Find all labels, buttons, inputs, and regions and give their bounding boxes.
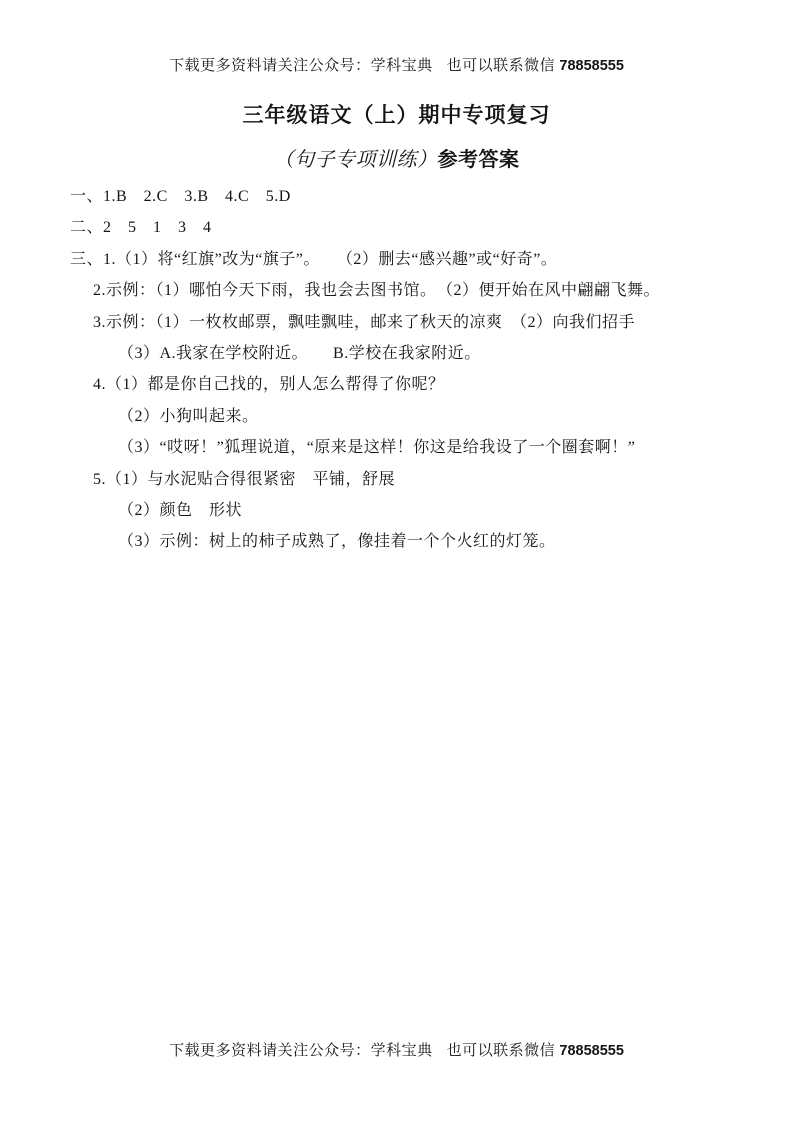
answer-line: 3.示例：（1）一枚枚邮票，飘哇飘哇，邮来了秋天的凉爽 （2）向我们招手 xyxy=(70,307,757,338)
answer-line: 一、1.B 2.C 3.B 4.C 5.D xyxy=(70,181,757,212)
page-footer-promo: 下载更多资料请关注公众号：学科宝典也可以联系微信 78858555 xyxy=(0,1039,793,1060)
subtitle-section-name: （句子专项训练） xyxy=(274,149,438,171)
answer-line: 4.（1）都是你自己找的，别人怎么帮得了你呢？ xyxy=(70,369,757,400)
subtitle-answer-label: 参考答案 xyxy=(438,149,520,171)
page-title: 三年级语文（上）期中专项复习 xyxy=(0,99,793,129)
answer-line: （3）A.我家在学校附近。 B.学校在我家附近。 xyxy=(70,338,757,369)
footer-wechat-number: 78858555 xyxy=(559,1043,624,1059)
answer-list: 一、1.B 2.C 3.B 4.C 5.D二、2 5 1 3 4三、1.（1）将… xyxy=(70,181,757,558)
header-contact-text: 也可以联系微信 xyxy=(447,58,556,74)
footer-contact-text: 也可以联系微信 xyxy=(447,1043,556,1059)
answer-line: （2）小狗叫起来。 xyxy=(70,401,757,432)
answer-line: （2）颜色 形状 xyxy=(70,495,757,526)
answer-line: 三、1.（1）将“红旗”改为“旗子”。 （2）删去“感兴趣”或“好奇”。 xyxy=(70,244,757,275)
answer-line: 5.（1）与水泥贴合得很紧密 平铺，舒展 xyxy=(70,464,757,495)
header-promo-text: 下载更多资料请关注公众号：学科宝典 xyxy=(169,58,433,74)
answer-line: （3）示例：树上的柿子成熟了，像挂着一个个火红的灯笼。 xyxy=(70,526,757,557)
document-page: 下载更多资料请关注公众号：学科宝典也可以联系微信 78858555 三年级语文（… xyxy=(0,0,793,1122)
footer-promo-text: 下载更多资料请关注公众号：学科宝典 xyxy=(169,1043,433,1059)
answer-line: 2.示例：（1）哪怕今天下雨，我也会去图书馆。 （2）便开始在风中翩翩飞舞。 xyxy=(70,275,757,306)
answer-line: 二、2 5 1 3 4 xyxy=(70,212,757,243)
page-subtitle: （句子专项训练）参考答案 xyxy=(0,143,793,172)
answer-line: （3）“哎呀！”狐理说道，“原来是这样！你这是给我设了一个圈套啊！” xyxy=(70,432,757,463)
header-wechat-number: 78858555 xyxy=(559,58,624,74)
page-header-promo: 下载更多资料请关注公众号：学科宝典也可以联系微信 78858555 xyxy=(0,54,793,75)
